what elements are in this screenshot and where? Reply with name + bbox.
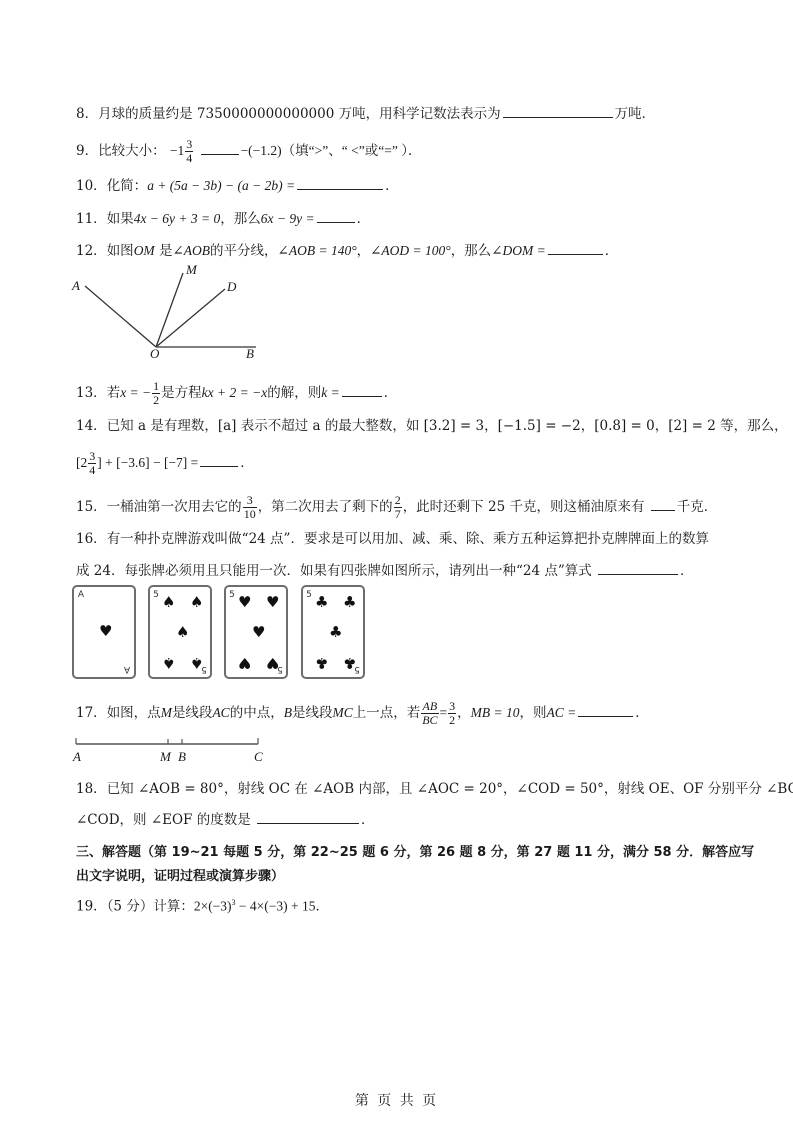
math-expr: B [284,705,292,720]
period: ． [357,211,371,227]
question-number: 19． [76,899,107,915]
numerator: 3 [185,138,193,152]
spade-icon: ♠ [190,595,203,610]
answer-blank[interactable] [548,240,603,255]
question-text: 有一种扑克牌游戏叫做“24 点”．要求是可以用加、减、乘、除、乘方五种运算把扑克… [107,531,709,547]
question-16-line-1: 16．有一种扑克牌游戏叫做“24 点”．要求是可以用加、减、乘、除、乘方五种运算… [76,529,709,549]
period: ． [605,243,619,259]
question-14-line-2: [234] + [−3.6] − [−7] =． [76,450,254,477]
point-label-m: M [186,262,197,278]
question-text: ，则 [520,705,547,721]
question-text: 月球的质量约是 7350000000000000 万吨，用科学记数法表示为 [98,106,501,122]
period: ． [316,899,330,915]
question-text: 如图 [107,243,134,259]
fraction: 27 [394,494,402,521]
question-8: 8．月球的质量约是 7350000000000000 万吨，用科学记数法表示为万… [76,103,655,124]
answer-blank[interactable] [200,452,238,467]
question-12: 12．如图OM 是∠AOB的平分线，∠AOB = 140°，∠AOD = 100… [76,240,618,261]
question-text: 万吨． [615,106,656,122]
card-rank: 5 [228,591,236,600]
question-text: 如果 [107,211,134,227]
denominator: 2 [152,394,160,407]
numerator: 3 [448,700,456,714]
answer-blank[interactable] [297,175,383,190]
point-label-b: B [246,346,254,362]
question-text: 是线段 [172,705,213,721]
denominator: BC [421,714,438,727]
card-rank: 5 [276,664,284,673]
point-label-o: O [150,346,159,362]
denominator: 7 [394,508,402,521]
answer-blank[interactable] [201,140,239,155]
math-expr: a + (5a − 3b) − (a − 2b) = [147,178,295,193]
math-expr: 2×(−3) [194,899,232,914]
point-label-a: A [73,749,81,765]
section-3-heading: 三、解答题（第 19~21 每题 5 分，第 22~25 题 6 分，第 26 … [76,843,754,863]
math-expr: ∠AOB [172,243,210,258]
numerator: 2 [394,494,402,508]
playing-card-five-of-clubs: 5 ♣ ♣ ♣ ♣ ♣ 5 [301,585,365,679]
question-15: 15．一桶油第一次用去它的310，第二次用去了剩下的27，此时还剩下 25 千克… [76,494,717,521]
point-label-d: D [227,279,236,295]
section-3-heading-line-2: 出文字说明，证明过程或演算步骤） [76,867,284,887]
question-number: 15． [76,499,107,515]
answer-blank[interactable] [598,560,678,575]
question-text: −(−1.2)（填“>”、“ <”或“=” ）． [241,143,422,158]
question-19: 19．（5 分）计算：2×(−3)3 − 4×(−3) + 15． [76,893,329,917]
spade-icon: ♠ [162,595,175,610]
question-text: 已知 ∠AOB = 80°，射线 OC 在 ∠AOB 内部，且 ∠AOC = 2… [107,781,793,797]
math-expr: = [440,705,448,720]
question-text: ， [457,705,471,721]
question-18-line-2: ∠COD，则 ∠EOF 的度数是 ． [76,809,375,830]
denominator: 2 [448,714,456,727]
card-rank: A [123,664,131,673]
question-text: 一桶油第一次用去它的 [107,499,242,515]
heart-icon: ♥ [99,624,112,639]
question-text: 千克． [677,499,718,515]
math-expr: −1 [170,143,184,158]
question-text: 上一点，若 [353,705,421,721]
segment-figure: A M B C [72,735,272,770]
question-17: 17．如图，点M是线段AC的中点，B是线段MC上一点，若ABBC=32，MB =… [76,700,649,727]
question-text: 如图，点 [107,705,161,721]
period: ． [384,385,398,401]
question-9: 9．比较大小： −134 −(−1.2)（填“>”、“ <”或“=” ）． [76,138,421,165]
period: ． [385,178,399,194]
question-text: 成 24．每张牌必须用且只能用一次．如果有四张牌如图所示，请列出一种“24 点”… [76,563,592,579]
math-expr: k = [321,385,339,400]
question-14-line-1: 14．已知 a 是有理数，[a] 表示不超过 a 的最大整数，如 [3.2] =… [76,416,788,436]
heart-icon: ♥ [238,655,251,670]
math-expr: 6x − 9y = [261,211,315,226]
question-number: 12． [76,243,107,259]
period: ． [680,563,694,579]
answer-blank[interactable] [503,103,613,118]
heart-icon: ♥ [238,595,251,610]
period: ． [240,455,254,471]
question-11: 11．如果4x − 6y + 3 = 0，那么6x − 9y =． [76,208,370,229]
spade-icon: ♠ [176,625,189,640]
numerator: 3 [88,450,96,464]
card-rank: 5 [200,664,208,673]
question-text: 是 [159,243,173,259]
playing-card-five-of-hearts: 5 ♥ ♥ ♥ ♥ ♥ 5 [224,585,288,679]
period: ． [635,705,649,721]
question-text: 若 [107,385,121,401]
answer-blank[interactable] [342,382,382,397]
page-footer: 第 页 共 页 [0,1090,793,1110]
question-number: 13． [76,385,107,401]
question-number: 18． [76,781,107,797]
math-expr: kx + 2 = −x [202,385,268,400]
answer-blank[interactable] [257,809,359,824]
denominator: 4 [88,464,96,477]
card-rank: A [77,591,85,600]
question-10: 10．化简：a + (5a − 3b) − (a − 2b) =． [76,175,399,196]
club-icon: ♣ [343,595,356,610]
fraction: 32 [448,700,456,727]
fraction: 34 [88,450,96,477]
angle-figure: A M D O B [70,262,270,362]
question-number: 10． [76,178,107,194]
spade-icon: ♠ [162,655,175,670]
math-expr: x = − [120,385,151,400]
fraction: 310 [243,494,257,521]
math-expr: AC [212,705,229,720]
math-expr: − 4×(−3) + 15 [236,899,316,914]
question-text: 的平分线， [210,243,278,259]
math-expr: 4x − 6y + 3 = 0 [134,211,221,226]
answer-blank[interactable] [578,702,633,717]
point-label-m: M [160,749,171,765]
question-number: 14． [76,418,107,434]
math-expr: ∠AOD = 100° [370,243,451,258]
answer-blank[interactable] [317,208,355,223]
math-expr: M [161,705,172,720]
question-text: 的解，则 [267,385,321,401]
math-expr: OM [134,243,155,258]
numerator: 1 [152,380,160,394]
point-label-b: B [178,749,186,765]
question-18-line-1: 18．已知 ∠AOB = 80°，射线 OC 在 ∠AOB 内部，且 ∠AOC … [76,779,793,799]
question-number: 9． [76,143,98,159]
question-16-line-2: 成 24．每张牌必须用且只能用一次．如果有四张牌如图所示，请列出一种“24 点”… [76,560,694,581]
question-text: ，那么 [451,243,492,259]
fraction: ABBC [421,700,438,727]
question-text: ∠COD，则 ∠EOF 的度数是 [76,812,251,828]
question-text: 化简： [107,178,148,194]
fraction: 34 [185,138,193,165]
question-13: 13．若x = −12是方程kx + 2 = −x的解，则k =． [76,380,397,407]
math-expr: ∠DOM = [491,243,546,258]
question-text: 比较大小： [98,143,166,159]
numerator: AB [421,700,438,714]
math-expr: ∠AOB = 140° [278,243,357,258]
question-text: ，那么 [220,211,261,227]
point-label-c: C [254,749,263,765]
card-rank: 5 [353,664,361,673]
question-text: 是方程 [161,385,202,401]
question-text: 的中点， [230,705,284,721]
denominator: 10 [243,508,257,521]
point-label-a: A [72,278,80,294]
denominator: 4 [185,152,193,165]
math-expr: MC [332,705,352,720]
angle-diagram-icon [70,262,270,362]
math-expr: AC = [547,705,577,720]
numerator: 3 [243,494,257,508]
fraction: 12 [152,380,160,407]
playing-card-five-of-spades: 5 ♠ ♠ ♠ ♠ ♠ 5 [148,585,212,679]
heart-icon: ♥ [252,625,265,640]
card-rank: 5 [305,591,313,600]
question-text: 已知 a 是有理数，[a] 表示不超过 a 的最大整数，如 [3.2] = 3，… [107,418,788,434]
question-text: ，第二次用去了剩下的 [258,499,393,515]
heart-icon: ♥ [266,595,279,610]
question-text: 是线段 [292,705,333,721]
question-number: 16． [76,531,107,547]
question-text: ，此时还剩下 25 千克，则这桶油原来有 [403,499,645,515]
math-expr: MB = 10 [471,705,520,720]
playing-card-ace-of-hearts: A ♥ A [72,585,136,679]
period: ． [361,812,375,828]
question-text: （5 分）计算： [107,899,194,915]
club-icon: ♣ [315,655,328,670]
math-expr: ] + [−3.6] − [−7] = [97,455,198,470]
math-expr: [2 [76,455,87,470]
card-rank: 5 [152,591,160,600]
answer-blank[interactable] [651,496,675,511]
question-number: 11． [76,211,107,227]
club-icon: ♣ [329,625,342,640]
club-icon: ♣ [315,595,328,610]
segment-diagram-icon [72,735,272,755]
question-number: 8． [76,106,98,122]
question-number: 17． [76,705,107,721]
